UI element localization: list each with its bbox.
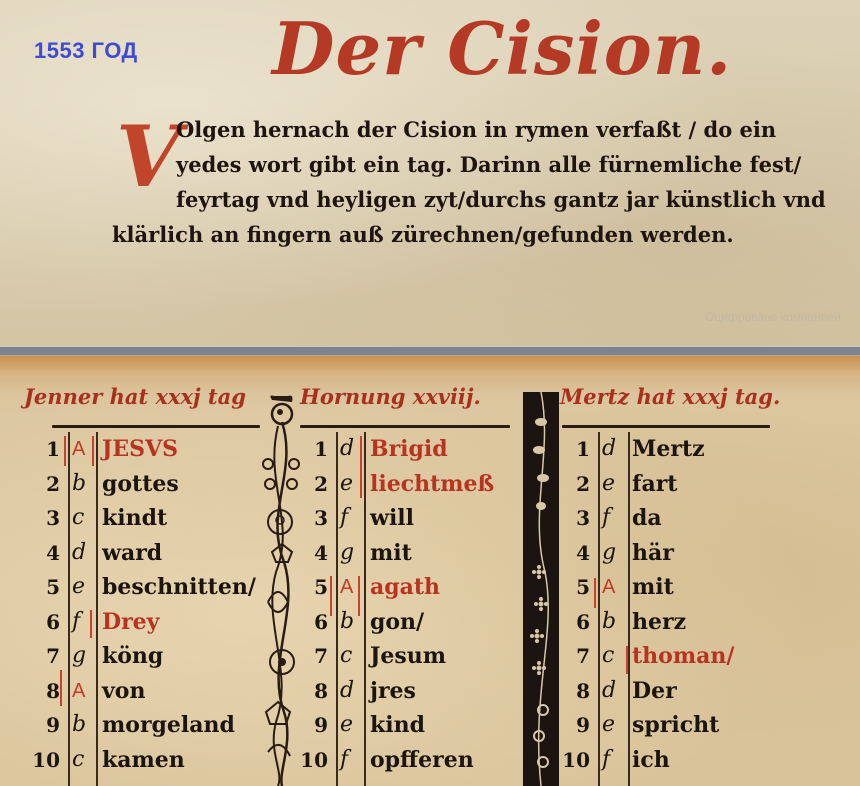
dominical-letter: b [72,712,86,737]
dominical-letter: g [340,540,354,565]
calendar-row: 10ckamen [66,745,256,780]
calendar-row: 7gköng [66,641,256,676]
cisio-word: köng [102,643,163,669]
rubric-mark [60,670,62,706]
cisio-word: kamen [102,747,185,773]
cisio-word: kindt [102,505,167,531]
calendar-row: 1dBrigid [334,434,514,469]
calendar-column-march: 1dMertz 2efart 3fda 4ghär 5Amit 6bherz 7… [596,434,796,779]
cisio-word: liechtmeß [370,471,494,497]
day-number: 3 [576,506,590,530]
dominical-letter: A [72,680,85,703]
calendar-row: 6fDrey [66,607,256,642]
day-number: 4 [46,541,60,565]
intro-line: klärlich an fingern auß zürechnen/gefund… [112,217,836,252]
calendar-row: 8dDer [596,676,796,711]
day-number: 4 [314,541,328,565]
header-rule [52,425,260,428]
cisio-word: Jesum [370,643,446,669]
calendar-row: 2bgottes [66,469,256,504]
cisio-word: mit [632,574,674,600]
rubric-mark [330,576,332,616]
cisio-word: spricht [632,712,719,738]
dominical-letter: b [340,609,354,634]
dominical-letter: b [72,471,86,496]
day-number: 10 [300,748,328,772]
dominical-letter: c [72,747,84,772]
cisio-word: beschnitten/ [102,574,256,600]
cisio-word: Der [632,678,677,704]
calendar-row: 8djres [334,676,514,711]
dominical-letter: A [340,576,353,599]
cisio-word: morgeland [102,712,235,738]
calendar-row: 4dward [66,538,256,573]
floral-vine-ornament-icon [258,392,306,786]
cisio-word: thoman/ [632,643,734,669]
floral-border-ornament-icon [523,392,559,786]
dominical-letter: g [72,643,86,668]
calendar-row: 4gmit [334,538,514,573]
day-number: 1 [314,437,328,461]
day-number: 3 [314,506,328,530]
day-number: 2 [576,472,590,496]
cisio-word: da [632,505,662,531]
day-number: 9 [46,713,60,737]
calendar-row: 7cthoman/ [596,641,796,676]
day-number: 5 [314,575,328,599]
calendar-row: 6bherz [596,607,796,642]
intro-line: Olgen hernach der Cision in rymen verfaß… [176,112,836,147]
calendar-row: 5Amit [596,572,796,607]
calendar-row: 6bgon/ [334,607,514,642]
day-number: 6 [576,610,590,634]
dominical-letter: d [340,678,354,703]
day-number: 9 [314,713,328,737]
calendar-row: 2efart [596,469,796,504]
dominical-letter: e [340,471,353,496]
dominical-letter: e [602,712,615,737]
cisio-word: ward [102,540,162,566]
day-number: 1 [576,437,590,461]
day-number: 8 [576,679,590,703]
dominical-letter: d [72,540,86,565]
cisio-word: Mertz [632,436,705,462]
cisio-word: herz [632,609,686,635]
cisio-word: gon/ [370,609,424,635]
dominical-letter: d [602,436,616,461]
cisio-word: jres [370,678,416,704]
calendar-row: 4ghär [596,538,796,573]
calendar-row: 3fwill [334,503,514,538]
dominical-letter: f [602,747,610,772]
day-number: 5 [576,575,590,599]
calendar-row: 1dMertz [596,434,796,469]
day-number: 8 [46,679,60,703]
day-number: 7 [314,644,328,668]
dominical-letter: b [602,609,616,634]
page-title: Der Cision. [272,4,732,94]
day-number: 2 [46,472,60,496]
day-number: 8 [314,679,328,703]
dominical-letter: e [72,574,85,599]
dominical-letter: c [72,505,84,530]
calendar-row: 10fopfferen [334,745,514,780]
intro-paragraph: Olgen hernach der Cision in rymen verfaß… [176,112,836,252]
cisio-word: gottes [102,471,179,497]
day-number: 10 [562,748,590,772]
dominical-letter: d [602,678,616,703]
calendar-row: 10fich [596,745,796,780]
dominical-letter: f [602,505,610,530]
dominical-letter: f [340,505,348,530]
day-number: 10 [32,748,60,772]
dominical-letter: f [340,747,348,772]
cisio-word: von [102,678,145,704]
dominical-letter: e [602,471,615,496]
calendar-row: 5Aagath [334,572,514,607]
day-number: 7 [576,644,590,668]
black-floral-border [523,392,559,786]
dominical-letter: c [602,643,614,668]
calendar-row: 3fda [596,503,796,538]
cisio-word: fart [632,471,677,497]
cisio-word: här [632,540,674,566]
calendar-column-january: 1AJESVS 2bgottes 3ckindt 4dward 5ebeschn… [66,434,256,779]
dominical-letter: d [340,436,354,461]
cisio-word: Drey [102,609,159,635]
cisio-word: mit [370,540,412,566]
cisio-word: Brigid [370,436,448,462]
day-number: 5 [46,575,60,599]
day-number: 6 [314,610,328,634]
image-divider [0,346,860,356]
month-header-january: Jenner hat xxxj tag [24,384,246,409]
intro-line: yedes wort gibt ein tag. Darinn alle für… [176,147,836,182]
calendar-row: 8Avon [66,676,256,711]
cisio-word: ich [632,747,670,773]
intro-line: feyrtag vnd heyligen zyt/durchs gantz ja… [176,182,836,217]
day-number: 1 [46,437,60,461]
dominical-letter: f [72,609,80,634]
day-number: 7 [46,644,60,668]
dominical-letter: c [340,643,352,668]
calendar-row: 9bmorgeland [66,710,256,745]
header-rule [300,425,510,428]
cisio-word: agath [370,574,440,600]
calendar-row: 5ebeschnitten/ [66,572,256,607]
dominical-letter: e [340,712,353,737]
month-header-march: Mertz hat xxxj tag. [560,384,780,409]
dominical-letter: g [602,540,616,565]
year-label: 1553 ГОД [34,38,138,64]
calendar-row: 3ckindt [66,503,256,538]
cisio-word: JESVS [102,436,178,462]
calendar-row: 2eliechtmeß [334,469,514,504]
day-number: 3 [46,506,60,530]
calendar-row: 9ekind [334,710,514,745]
cisio-word: kind [370,712,425,738]
calendar-row: 9espricht [596,710,796,745]
cisio-word: will [370,505,414,531]
day-number: 9 [576,713,590,737]
calendar-column-february: 1dBrigid 2eliechtmeß 3fwill 4gmit 5Aagat… [334,434,514,779]
digitization-watermark: Оцифровано компанией [705,310,841,324]
calendar-row: 7cJesum [334,641,514,676]
day-number: 4 [576,541,590,565]
cisio-word: opfferen [370,747,474,773]
month-header-february: Hornung xxviij. [300,384,481,409]
day-number: 2 [314,472,328,496]
decorated-initial: V [116,112,181,202]
header-rule [562,425,770,428]
calendar-row: 1AJESVS [66,434,256,469]
day-number: 6 [46,610,60,634]
dominical-letter: A [72,438,85,461]
dominical-letter: A [602,576,615,599]
